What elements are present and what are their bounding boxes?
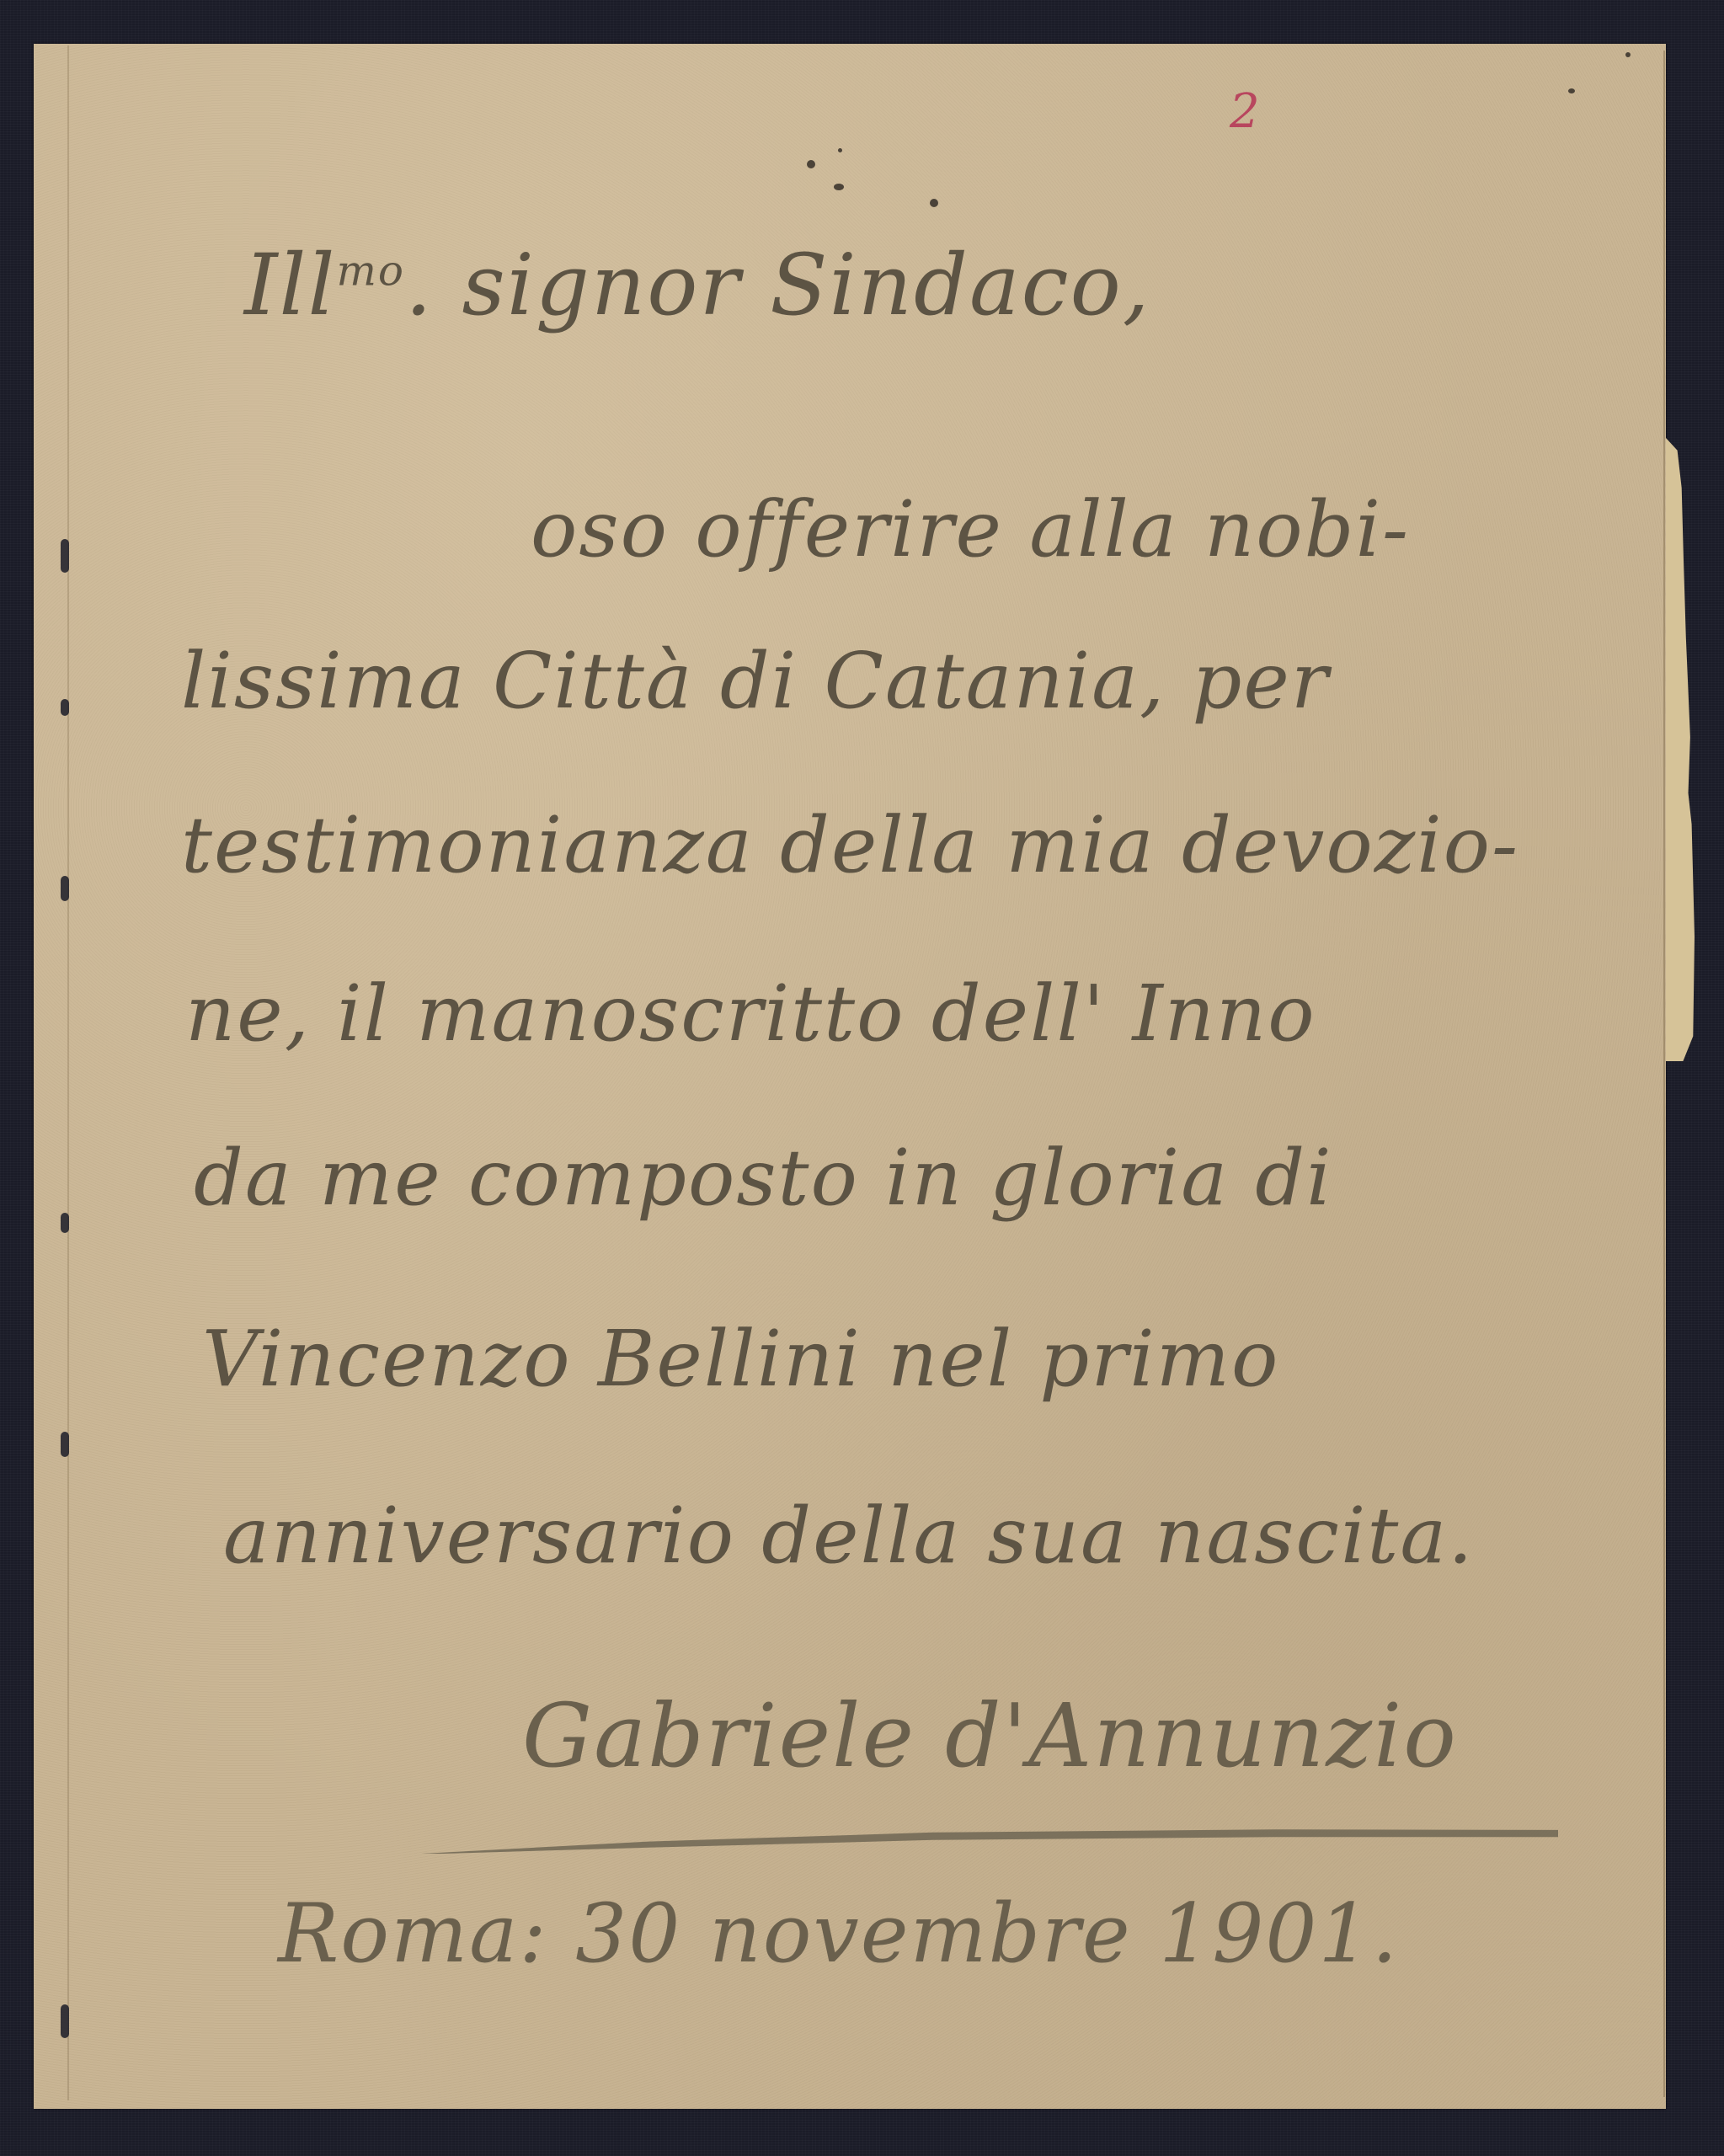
salutation-superscript: mo [336, 247, 405, 296]
body-line-1: oso offerire alla nobi- [531, 484, 1410, 574]
ink-speck [834, 184, 844, 190]
binding-hole [61, 2004, 69, 2038]
binding-hole [61, 876, 69, 901]
signature: Gabriele d'Annunzio [522, 1684, 1458, 1787]
paper-edge [1663, 51, 1665, 2097]
ink-speck [1625, 52, 1631, 57]
salutation-prefix: Ill [244, 236, 336, 334]
ink-speck [930, 199, 938, 207]
body-line-6: Vincenzo Bellini nel primo [202, 1314, 1279, 1404]
salutation-rest: . signor Sindaco, [405, 236, 1151, 334]
binding-fold [67, 45, 69, 2100]
salutation: Illmo. signor Sindaco, [244, 236, 1151, 334]
body-line-2: lissima Città di Catania, per [181, 636, 1330, 726]
body-line-7: anniversario della sua nascita. [223, 1491, 1474, 1581]
ink-speck [1568, 88, 1575, 93]
page-number: 2 [1230, 84, 1260, 139]
binding-hole [61, 539, 69, 573]
body-line-3: testimonianza della mia devozio- [181, 800, 1519, 890]
letter-sheet [34, 44, 1666, 2109]
body-line-4: ne, il manoscritto dell' Inno [185, 969, 1316, 1059]
binding-hole [61, 699, 69, 716]
body-line-5: da me composto in gloria di [194, 1133, 1333, 1223]
ink-speck [807, 160, 815, 168]
binding-hole [61, 1432, 69, 1457]
closing-date: Roma: 30 novembre 1901. [278, 1886, 1399, 1981]
ink-speck [838, 148, 842, 152]
binding-hole [61, 1213, 69, 1233]
torn-paper-strip [1666, 438, 1695, 1061]
